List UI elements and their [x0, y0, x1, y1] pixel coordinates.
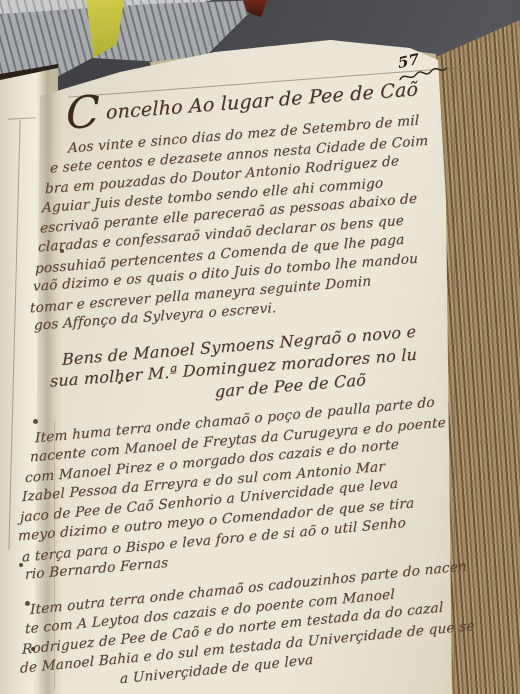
item-paragraph-1: Item huma terra onde chamaõ o poço de pa… — [50, 392, 458, 584]
ink-blot — [19, 563, 23, 567]
gutter-shadow — [36, 70, 62, 694]
photo-of-manuscript: 57 Concelho Ao lugar de Pee de Caõ Aos v… — [0, 0, 520, 694]
ink-blot — [31, 647, 35, 651]
manuscript-page-content: 57 Concelho Ao lugar de Pee de Caõ Aos v… — [50, 11, 458, 694]
opening-paragraph: Aos vinte e sinco dias do mez de Setembr… — [50, 109, 458, 336]
ink-blot — [25, 601, 30, 606]
ink-blot — [33, 419, 38, 424]
ink-blot — [118, 381, 121, 384]
ink-blot — [126, 379, 129, 382]
folio-number: 57 — [397, 50, 421, 72]
title-initial-letter: C — [66, 86, 100, 140]
ink-blot — [60, 249, 64, 253]
